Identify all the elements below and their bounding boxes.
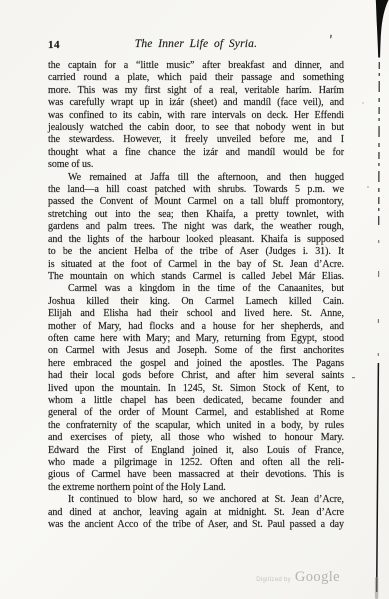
text-line: the land—a hill coast patched with shrub… [48,184,344,196]
text-line: the captain for a “little music” after b… [48,60,344,72]
scan-speck-3 [367,186,369,188]
scan-blob-top-right [376,0,389,58]
scan-speck-2 [352,377,355,378]
paragraph: We remained at Jaffa till the afternoon,… [48,172,344,284]
text-line: Elijah and Elisha had their school and l… [48,308,344,320]
text-line: was confined to its cabin, with rare int… [48,110,344,122]
page-number: 14 [48,39,60,51]
paragraph: It continued to blow hard, so we anchore… [48,494,344,531]
text-line: often came here with Mary; and Mary, ret… [48,333,344,345]
page-header: 14 The Inner Life of Syria. [48,38,344,53]
scan-speck-4 [362,102,363,103]
text-line: and dined at anchor, leaving again at mi… [48,507,344,519]
text-line: gardens and palm trees. The night was da… [48,221,344,233]
text-line: Edward the First of England joined it, a… [48,445,344,457]
text-line: was the ancient Acco of the tribe of Ase… [48,519,344,531]
text-line: The mountain on which stands Carmel is c… [48,271,344,283]
text-line: the stewardess. However, it freely unvei… [48,134,344,146]
scan-line-lower [377,363,379,592]
text-line: had their local gods before Christ, and … [48,370,344,382]
text-line: whom a little chapel has been dedicated,… [48,395,344,407]
text-line: is situated at the foot of Carmel in the… [48,259,344,271]
scan-line-upper [379,62,380,225]
text-line: Joshua killed their king. On Carmel Lame… [48,296,344,308]
text-line: on Carmel with Jesus and Joseph. Some of… [48,345,344,357]
text-line: passed the Convent of Mount Carmel on a … [48,196,344,208]
text-line: to be the ancient Helba of the tribe of … [48,246,344,258]
text-line: thought what a fine chance the izár and … [48,147,344,159]
text-line: was carefully wrapt up in izár (sheet) a… [48,97,344,109]
book-page: 14 The Inner Life of Syria. the captain … [0,0,389,599]
text-line: We remained at Jaffa till the afternoon,… [48,172,344,184]
text-line: stretching out into the sea; then Khaifa… [48,209,344,221]
text-line: here embraced the gospel and joined the … [48,358,344,370]
text-line: the confraternity of the scapular, which… [48,420,344,432]
text-line: gious of Carmel have been massacred at t… [48,469,344,481]
text-line: and exercises of piety, all those who wi… [48,432,344,444]
text-line: Carmel was a kingdom in the time of the … [48,283,344,295]
text-line: carried round a plate, which paid their … [48,72,344,84]
text-block: the captain for a “little music” after b… [48,60,344,531]
text-line: jealously watched the cabin door, to see… [48,122,344,134]
google-logo: Google [295,569,340,586]
scan-smudge-bottom [375,577,378,599]
text-line: the extreme northern point of the Holy L… [48,482,344,494]
paragraph: the captain for a “little music” after b… [48,60,344,172]
text-line: lived upon the mountain. In 1245, St. Si… [48,383,344,395]
text-line: and the lights of the harbour looked ple… [48,234,344,246]
text-line: mother of Mary, had flocks and a house f… [48,321,344,333]
running-title: The Inner Life of Syria. [48,38,344,50]
text-line: It continued to blow hard, so we anchore… [48,494,344,506]
text-line: general of the order of Mount Carmel, an… [48,407,344,419]
watermark-prefix-label: Digitized by [256,577,291,583]
text-line: some of us. [48,159,344,171]
text-line: who made a pilgrimage in 1252. Often and… [48,457,344,469]
text-line: more. This was my first sight of a real,… [48,85,344,97]
paragraph: Carmel was a kingdom in the time of the … [48,283,344,494]
digitization-watermark: Digitized by Google [256,569,340,586]
